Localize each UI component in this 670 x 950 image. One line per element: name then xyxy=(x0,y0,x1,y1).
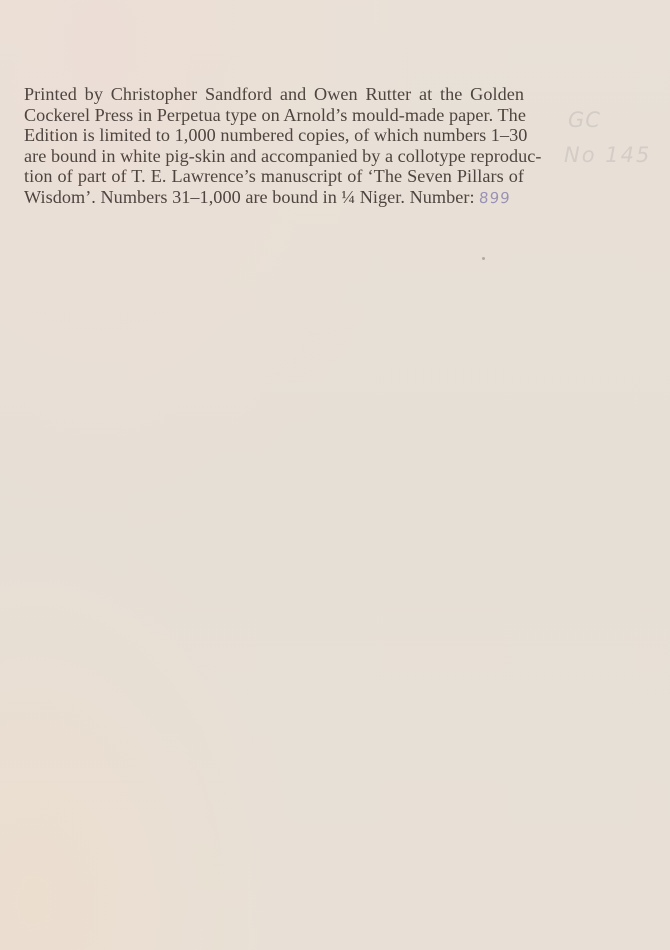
paper-speck xyxy=(482,257,485,260)
pencil-note-number: No 145 xyxy=(564,143,651,167)
colophon-line-3: Edition is limited to 1,000 numbered cop… xyxy=(24,125,524,146)
handwritten-copy-number: 899 xyxy=(478,188,511,209)
colophon-text: Printed by Christopher Sandford and Owen… xyxy=(24,84,524,208)
colophon-line-1: Printed by Christopher Sandford and Owen… xyxy=(24,84,524,105)
colophon-line-6: Wisdom’. Numbers 31–1,000 are bound in ¼… xyxy=(24,187,524,208)
colophon-page: Printed by Christopher Sandford and Owen… xyxy=(0,0,670,950)
colophon-line-4: are bound in white pig-skin and accompan… xyxy=(24,146,524,167)
colophon-line-5: tion of part of T. E. Lawrence’s manuscr… xyxy=(24,166,524,187)
colophon-line-2: Cockerel Press in Perpetua type on Arnol… xyxy=(24,105,524,126)
colophon-line-6-text: Wisdom’. Numbers 31–1,000 are bound in ¼… xyxy=(24,187,475,207)
pencil-note-gc: GC xyxy=(568,108,601,132)
